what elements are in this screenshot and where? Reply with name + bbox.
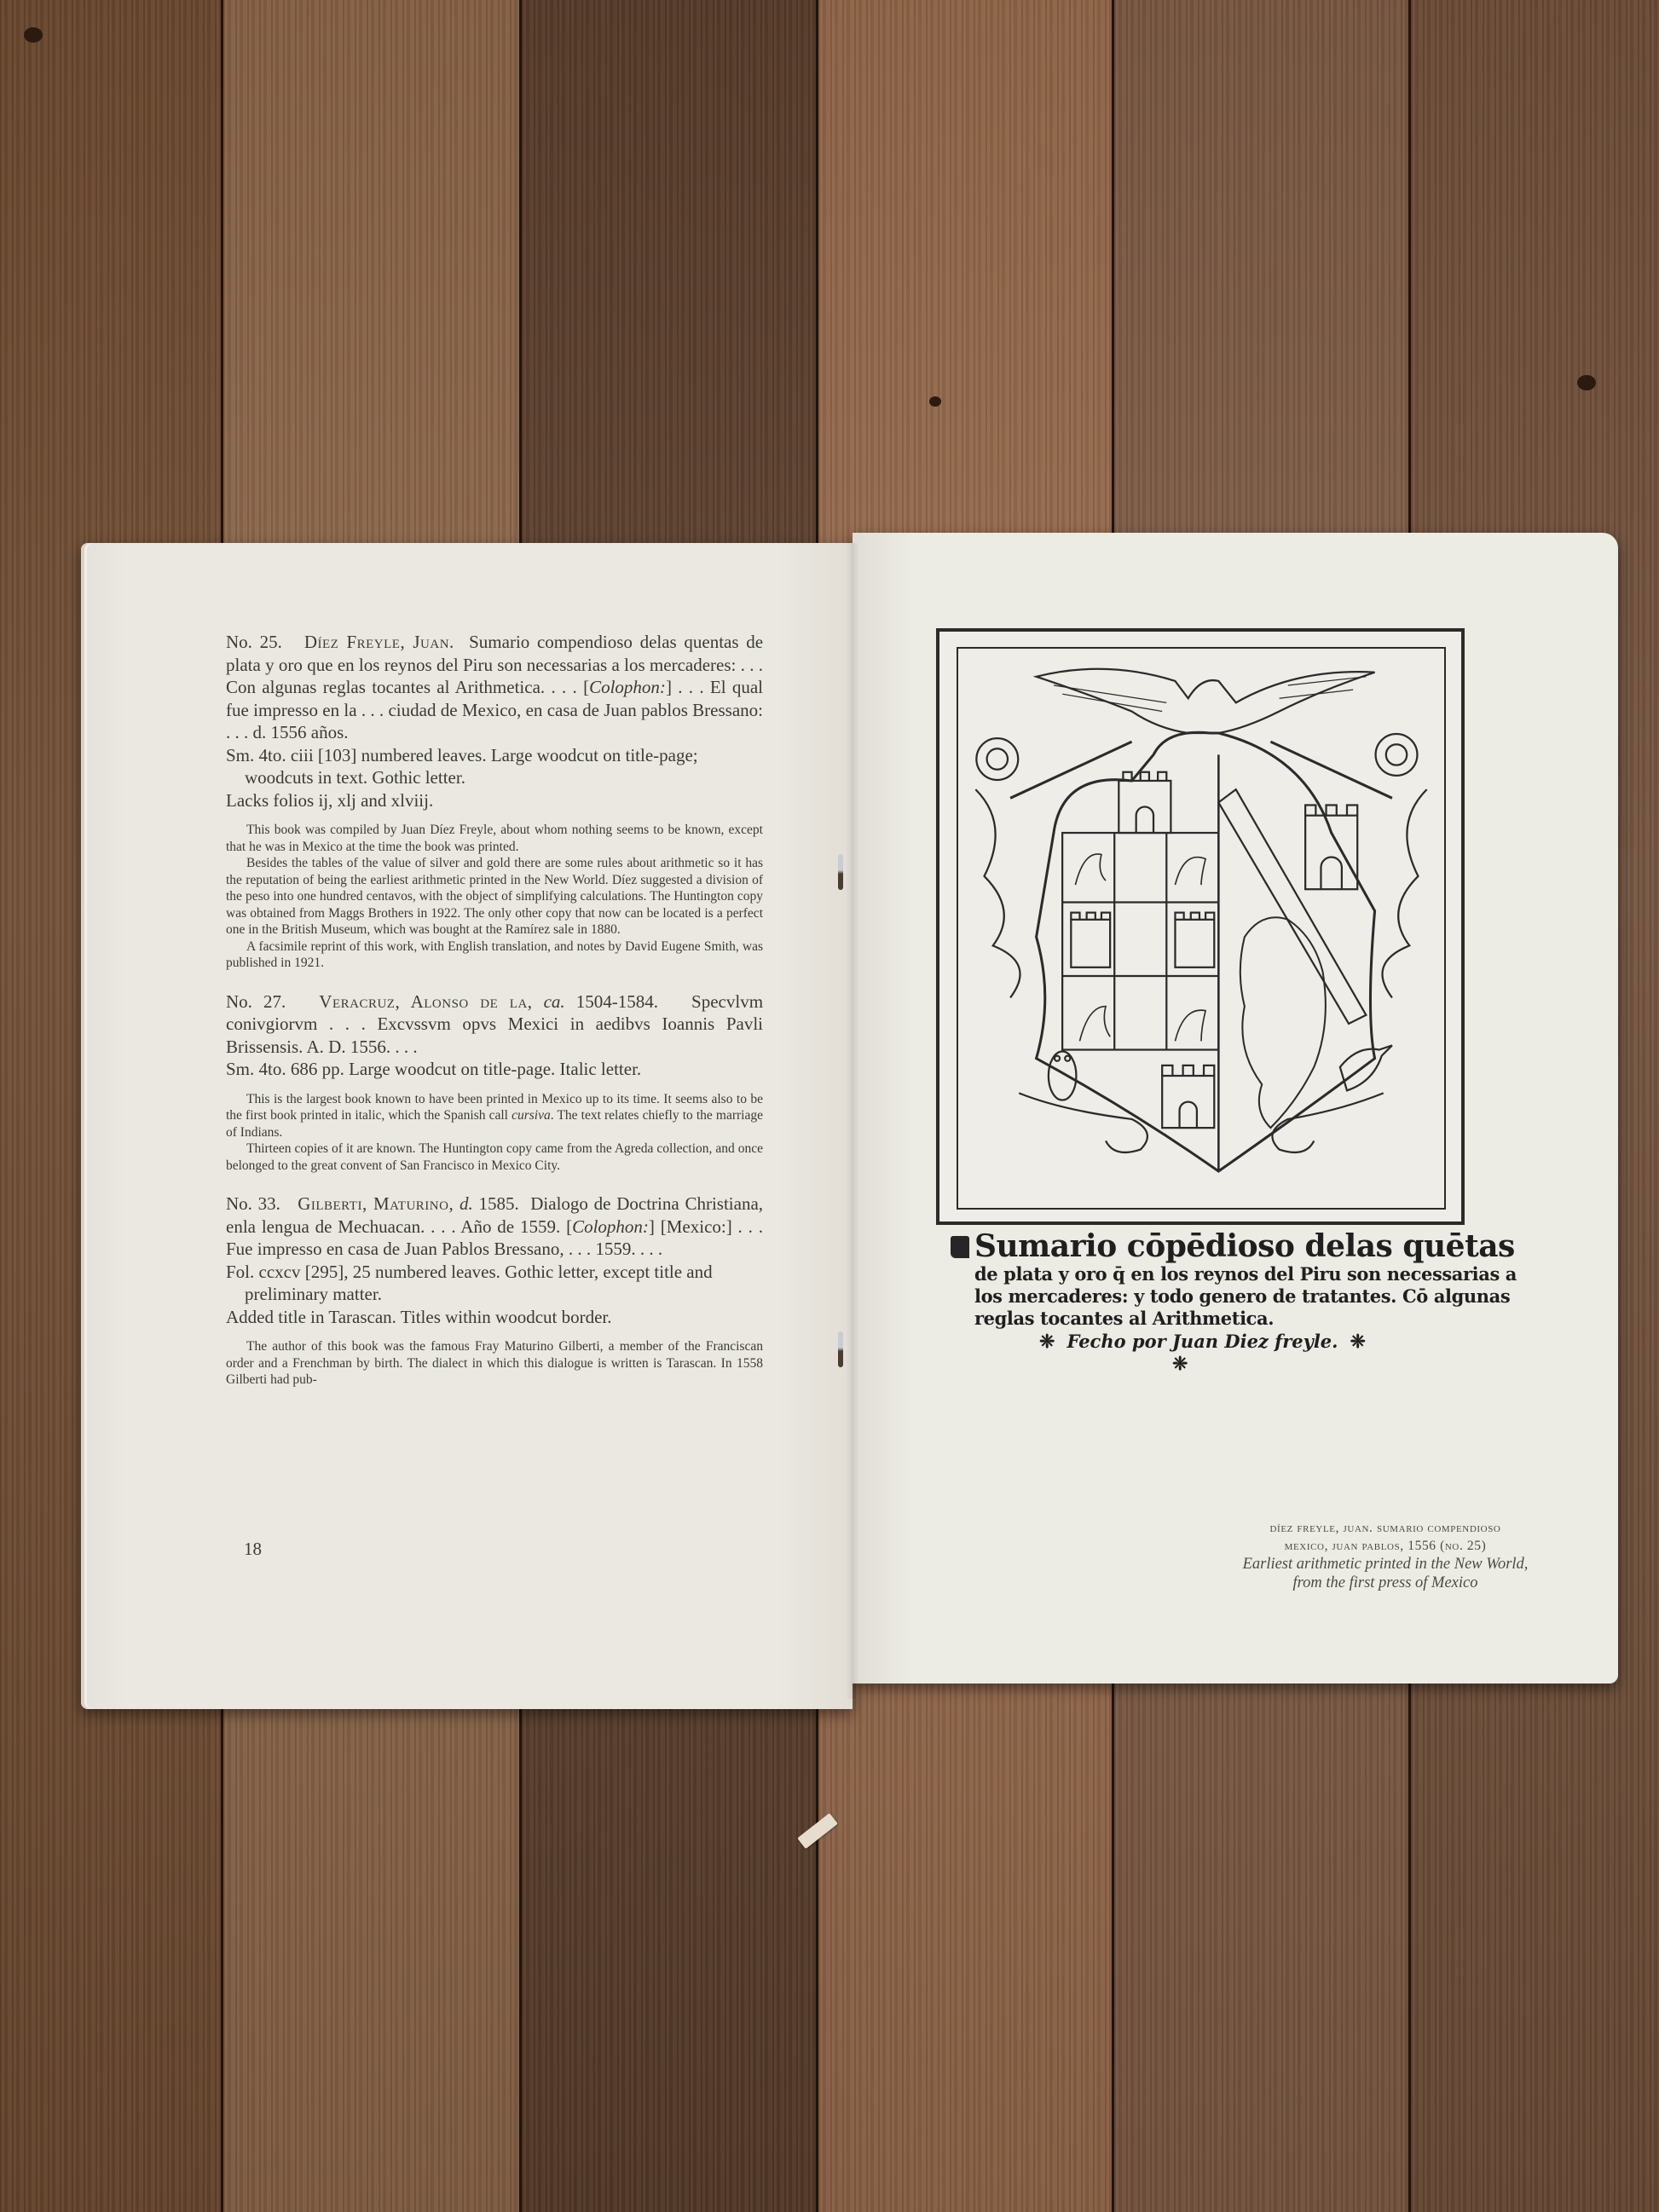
left-page-text: No. 25. Díez Freyle, Juan. Sumario compe… bbox=[226, 631, 763, 1389]
entry-date-prefix: d. bbox=[460, 1193, 473, 1214]
entry-number: No. 33. bbox=[226, 1193, 280, 1214]
entry-heading: No. 25. Díez Freyle, Juan. Sumario compe… bbox=[226, 631, 763, 744]
entry-condition: Added title in Tarascan. Titles within w… bbox=[226, 1306, 763, 1329]
woodcut-gothic-title: Sumario cōpēdioso delas quētas de plata … bbox=[951, 1229, 1479, 1374]
gothic-signature: ❈Fecho por Juan Diez freyle.❈ bbox=[951, 1330, 1479, 1354]
entry-author: Díez Freyle, Juan. bbox=[304, 632, 454, 652]
entry-author: Veracruz, Alonso de la, bbox=[319, 991, 532, 1012]
entry-dates: 1504-1584. bbox=[576, 991, 658, 1012]
staple bbox=[838, 1331, 843, 1367]
wood-knot bbox=[929, 396, 941, 407]
gothic-title-line: reglas tocantes al Arithmetica. bbox=[951, 1308, 1479, 1330]
page-number: 18 bbox=[244, 1539, 262, 1560]
entry-note: This book was compiled by Juan Díez Frey… bbox=[226, 822, 763, 855]
staple bbox=[838, 854, 843, 890]
colophon-label: Colophon: bbox=[589, 677, 666, 697]
entry-note: Thirteen copies of it are known. The Hun… bbox=[226, 1141, 763, 1174]
colophon-label: Colophon: bbox=[572, 1216, 649, 1237]
caption-line: mexico, juan pablos, 1556 (no. 25) bbox=[1198, 1537, 1573, 1555]
entry-dates: 1585. bbox=[478, 1193, 518, 1214]
entry-collation: Fol. ccxcv [295], 25 numbered leaves. Go… bbox=[226, 1261, 763, 1306]
entry-heading: No. 33. Gilberti, Maturino, d. 1585. Dia… bbox=[226, 1193, 763, 1261]
entry-collation: Sm. 4to. 686 pp. Large woodcut on title-… bbox=[226, 1058, 763, 1081]
entry-number: No. 27. bbox=[226, 991, 286, 1012]
wood-knot bbox=[1577, 375, 1596, 390]
entry-author: Gilberti, Maturino, bbox=[298, 1193, 454, 1214]
entry-collation: Sm. 4to. ciii [103] numbered leaves. Lar… bbox=[226, 744, 763, 789]
wood-knot bbox=[24, 27, 43, 43]
fleuron-icon: ❈ bbox=[1350, 1330, 1365, 1354]
italic-term: cursiva bbox=[512, 1108, 551, 1123]
fleuron-icon: ❈ bbox=[1039, 1330, 1055, 1354]
woodcut-illustration bbox=[936, 628, 1465, 1225]
figure-caption: díez freyle, juan. sumario compendioso m… bbox=[1198, 1519, 1573, 1592]
catalog-entry-25: No. 25. Díez Freyle, Juan. Sumario compe… bbox=[226, 631, 763, 972]
booklet-gutter bbox=[846, 543, 859, 1699]
entry-date-prefix: ca. bbox=[544, 991, 565, 1012]
entry-note: The author of this book was the famous F… bbox=[226, 1338, 763, 1389]
catalog-entry-27: No. 27. Veracruz, Alonso de la, ca. 1504… bbox=[226, 990, 763, 1175]
entry-number: No. 25. bbox=[226, 632, 282, 652]
pilcrow-icon bbox=[951, 1236, 969, 1258]
entry-note: Besides the tables of the value of silve… bbox=[226, 855, 763, 939]
coat-of-arms-woodcut-icon bbox=[957, 647, 1446, 1210]
caption-line: díez freyle, juan. sumario compendioso bbox=[1198, 1519, 1573, 1537]
entry-note: A facsimile reprint of this work, with E… bbox=[226, 939, 763, 972]
gothic-title-line: de plata y oro q̄ en los reynos del Piru… bbox=[951, 1263, 1479, 1285]
catalog-entry-33: No. 33. Gilberti, Maturino, d. 1585. Dia… bbox=[226, 1193, 763, 1389]
gothic-title-line: los mercaderes: y todo genero de tratant… bbox=[951, 1285, 1479, 1308]
entry-heading: No. 27. Veracruz, Alonso de la, ca. 1504… bbox=[226, 990, 763, 1059]
fleuron-icon: ❈ bbox=[951, 1354, 1479, 1374]
entry-condition: Lacks folios ij, xlj and xlviij. bbox=[226, 789, 763, 812]
entry-note: This is the largest book known to have b… bbox=[226, 1091, 763, 1141]
caption-italic-line: Earliest arithmetic printed in the New W… bbox=[1198, 1555, 1573, 1574]
gothic-title-main: Sumario cōpēdioso delas quētas bbox=[951, 1229, 1479, 1263]
caption-italic-line: from the first press of Mexico bbox=[1198, 1574, 1573, 1592]
